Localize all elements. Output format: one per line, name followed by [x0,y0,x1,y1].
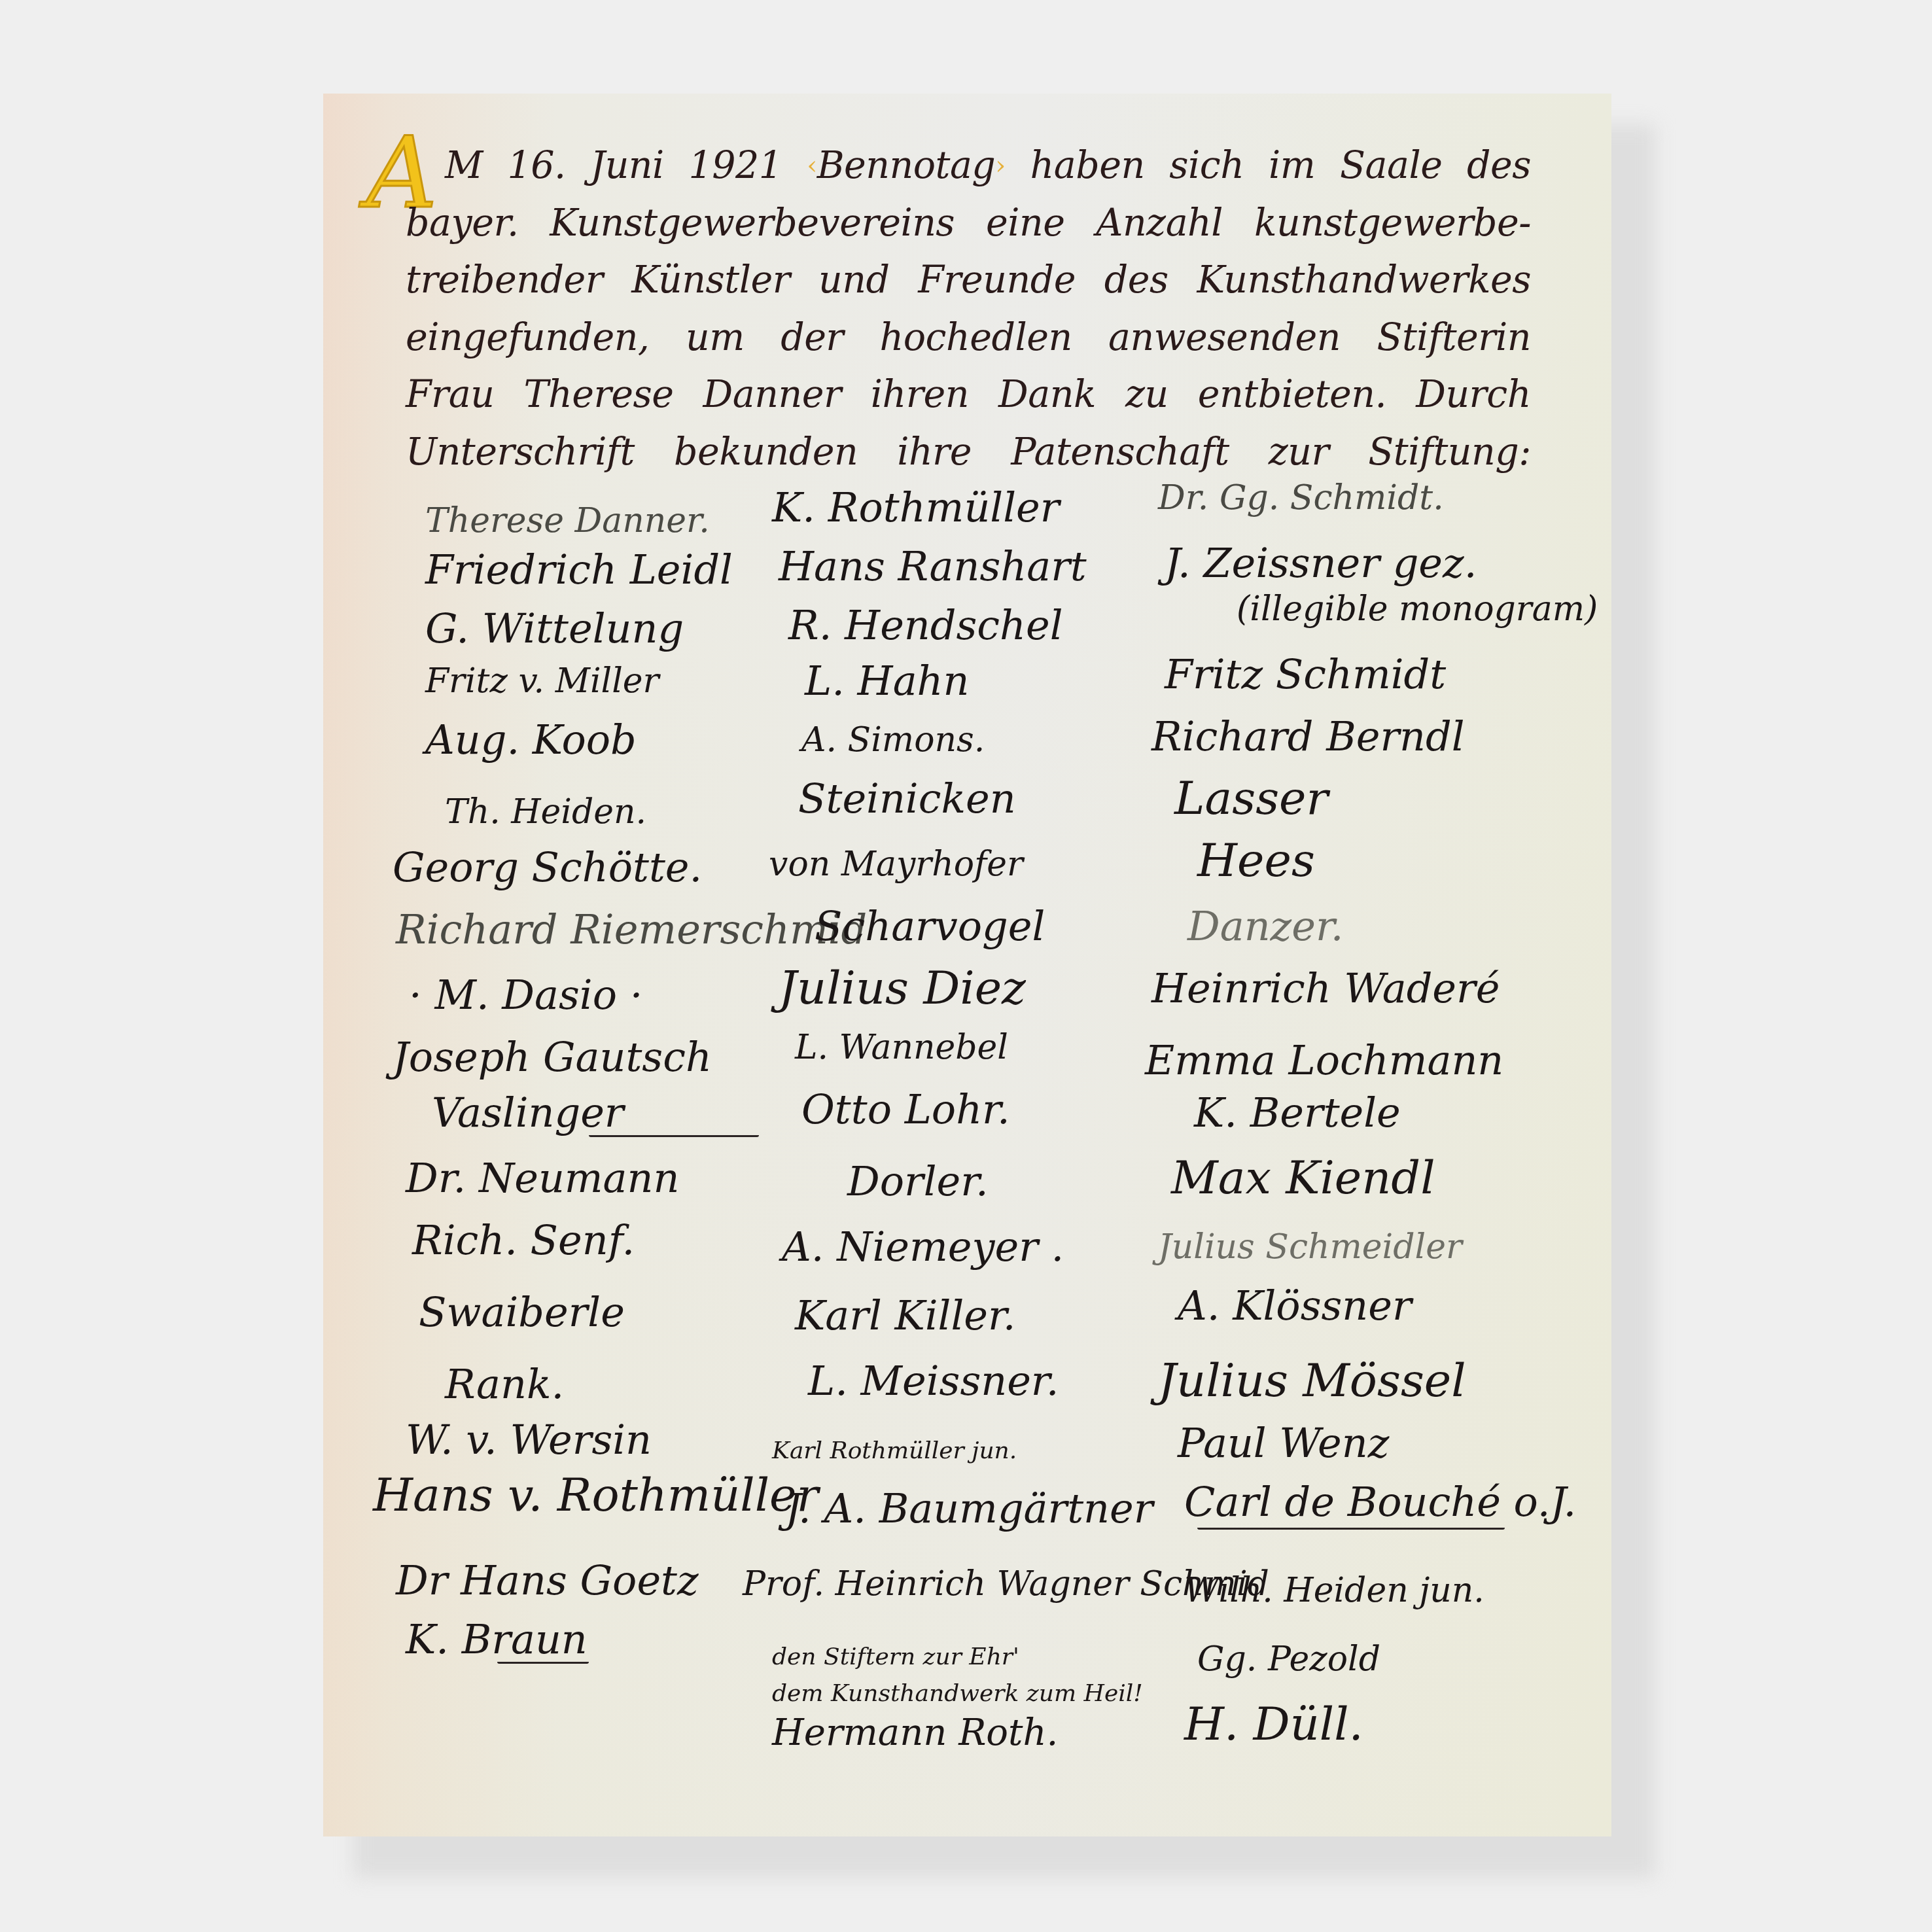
signature: Hees [1197,837,1315,883]
signature: A. Simons. [801,723,985,757]
signature: Gg. Pezold [1197,1642,1380,1676]
signature: Scharvogel [815,906,1045,947]
signature: Swaiberle [419,1292,625,1333]
signature: Carl de Bouché o.J. [1184,1482,1576,1522]
heading-line-1: M 16. Juni 1921 ‹Bennotag› haben sich im… [406,137,1531,195]
signature: R. Hendschel [788,605,1063,646]
heading-line-4: eingefunden, um der hochedlen anwesenden… [406,309,1531,367]
signature: Hans v. Rothmüller [373,1472,818,1518]
signature: von Mayrhofer [769,847,1023,881]
signature: Th. Heiden. [445,795,646,829]
heading-line-1-pre: M 16. Juni 1921 [406,144,807,187]
signature: (illegible monogram) [1237,592,1598,626]
signature: Rich. Senf. [412,1220,635,1261]
heading-line-5: Frau Therese Danner ihren Dank zu entbie… [406,366,1531,424]
signature: J. A. Baumgärtner [785,1488,1153,1529]
bennotag-word: Bennotag [817,144,996,187]
signature: A. Niemeyer . [782,1227,1064,1267]
signature: Emma Lochmann [1145,1040,1503,1081]
signature: L. Meissner. [808,1361,1059,1401]
dedication-line-2: dem Kunsthandwerk zum Heil! [772,1676,1143,1712]
signature: J. Zeissner gez. [1165,543,1477,584]
heading-line-6: Unterschrift bekunden ihre Patenschaft z… [406,424,1531,482]
heading-line-3: treibender Künstler und Freunde des Kuns… [406,252,1531,309]
dedication-line-1: den Stiftern zur Ehr' [772,1639,1143,1676]
signature: Richard Berndl [1151,716,1465,757]
signature: Hans Ranshart [779,546,1087,587]
dedication-note: den Stiftern zur Ehr' dem Kunsthandwerk … [772,1639,1143,1751]
signature: Vaslinger [432,1093,624,1133]
signature: Fritz v. Miller [425,664,659,698]
signature: Steinicken [798,779,1016,819]
signature: Dr Hans Goetz [396,1560,699,1601]
signature: Aug. Koob [425,720,637,760]
signature: Julius Mössel [1158,1358,1466,1403]
signature: Max Kiendl [1171,1155,1435,1201]
signature: Karl Rothmüller jun. [772,1439,1017,1463]
signature: A. Klössner [1178,1286,1412,1326]
signature: Wilh. Heiden jun. [1184,1573,1484,1607]
dedication-signer: Hermann Roth. [772,1715,1143,1751]
signature: Richard Riemerschmid [396,909,867,950]
signature: K. Rothmüller [772,487,1059,528]
signature: Dorler. [847,1161,989,1202]
signature: Dr. Gg. Schmidt. [1158,481,1444,515]
signature: K. Bertele [1194,1093,1401,1133]
signature: Friedrich Leidl [425,550,733,590]
signature: W. v. Wersin [406,1420,652,1460]
signature: K. Braun [406,1619,588,1660]
signature: Fritz Schmidt [1165,654,1446,695]
signature: Heinrich Waderé [1151,968,1500,1009]
signature: Rank. [445,1364,564,1405]
heading-text: M 16. Juni 1921 ‹Bennotag› haben sich im… [406,137,1531,481]
signature: Dr. Neumann [406,1158,679,1199]
underline-flourish [497,1662,589,1664]
signature: G. Wittelung [425,608,684,649]
signature: Julius Diez [779,965,1026,1011]
signature: Paul Wenz [1178,1423,1389,1464]
underline-flourish [589,1135,759,1137]
signature: Joseph Gautsch [393,1037,712,1078]
signature: L. Hahn [805,661,969,701]
signature: L. Wannebel [795,1030,1008,1064]
underline-flourish [1197,1528,1505,1530]
heading-line-2: bayer. Kunstgewerbevereins eine Anzahl k… [406,195,1531,253]
guillemet-close: › [995,150,1006,181]
signature: Lasser [1174,775,1328,821]
heading-line-1-post: haben sich im Saale des [1006,144,1531,187]
signature: Georg Schötte. [393,847,702,888]
signature: Julius Schmeidler [1158,1230,1462,1264]
signature: · M. Dasio · [409,975,642,1015]
signature: Otto Lohr. [801,1089,1010,1130]
signature: Therese Danner. [425,504,710,538]
signature: Karl Killer. [795,1295,1016,1336]
signature: Danzer. [1187,906,1344,947]
guillemet-open: ‹ [807,150,817,181]
signature: H. Düll. [1184,1701,1363,1747]
